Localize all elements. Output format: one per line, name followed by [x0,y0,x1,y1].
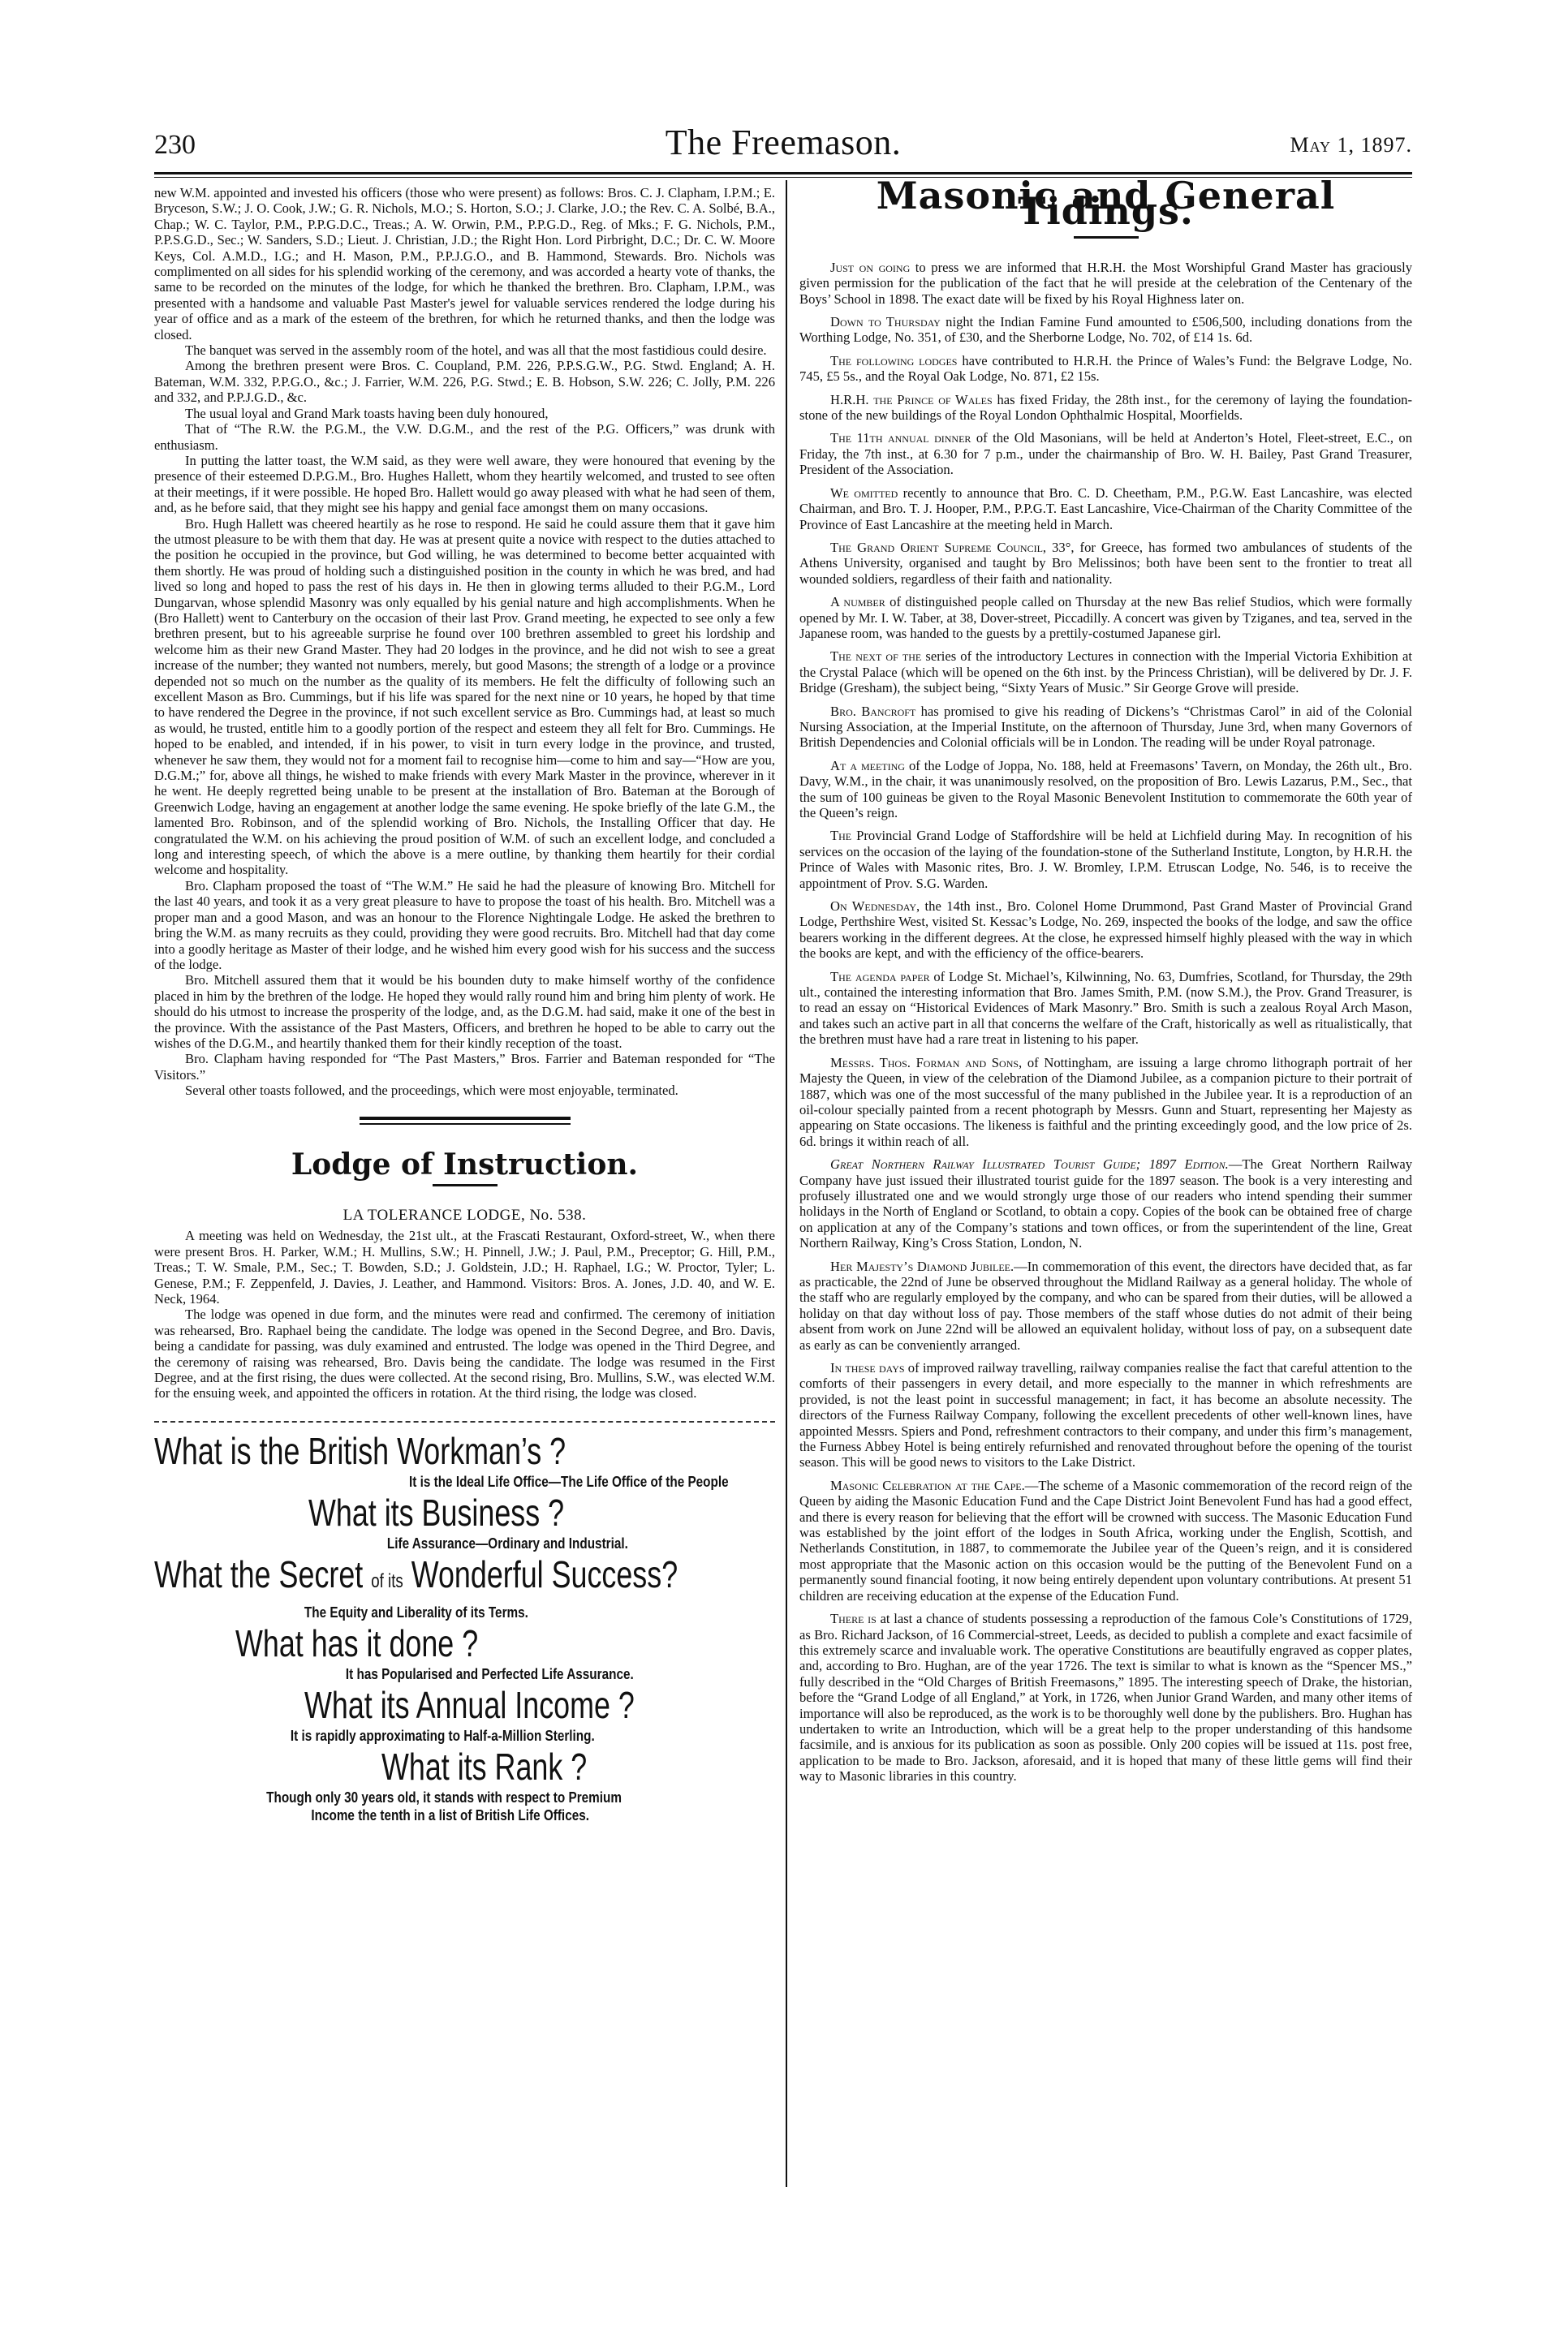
ad-question: What is the British Workman’s ? [154,1429,775,1473]
news-item: At a meeting of the Lodge of Joppa, No. … [799,758,1412,821]
lodge-title: LA TOLERANCE LODGE, No. 538. [154,1208,775,1223]
ad-answer: Though only 30 years old, it stands with… [200,1789,728,1806]
left-column: new W.M. appointed and invested his offi… [154,185,775,1824]
news-item: In these days of improved railway travel… [799,1360,1412,1470]
news-item: The next of the series of the introducto… [799,648,1412,695]
news-item: The Provincial Grand Lodge of Staffordsh… [799,828,1412,891]
news-item: Great Northern Railway Illustrated Touri… [799,1156,1412,1251]
ad-question: What its Annual Income ? [154,1683,775,1727]
report-paragraph: new W.M. appointed and invested his offi… [154,185,775,342]
page: 230 The Freemason. May 1, 1897. [154,122,1412,172]
news-item: Down to Thursday night the Indian Famine… [799,314,1412,346]
ad-answer: It has Popularised and Perfected Life As… [200,1665,728,1683]
section-heading: Lodge of Instruction. [154,1157,775,1173]
news-item: The 11th annual dinner of the Old Masoni… [799,430,1412,477]
lodge-paragraph: A meeting was held on Wednesday, the 21s… [154,1228,775,1307]
news-item: There is at last a chance of students po… [799,1611,1412,1784]
news-item: Messrs. Thos. Forman and Sons, of Nottin… [799,1055,1412,1149]
lodge-report: new W.M. appointed and invested his offi… [154,185,775,1099]
news-item: H.R.H. the Prince of Wales has fixed Fri… [799,392,1412,424]
report-paragraph: The banquet was served in the assembly r… [154,342,775,358]
lodge-of-instruction-section: Lodge of Instruction. LA TOLERANCE LODGE… [154,1157,775,1401]
masthead: 230 The Freemason. May 1, 1897. [154,122,1412,172]
news-item: Bro. Bancroft has promised to give his r… [799,704,1412,751]
report-paragraph: The usual loyal and Grand Mark toasts ha… [154,406,775,421]
news-item: Her Majesty’s Diamond Jubilee.—In commem… [799,1259,1412,1353]
report-paragraph: That of “The R.W. the P.G.M., the V.W. D… [154,421,775,453]
news-item: A number of distinguished people called … [799,594,1412,641]
short-rule [433,1184,498,1186]
report-paragraph: Bro. Clapham having responded for “The P… [154,1051,775,1083]
news-item: We omitted recently to announce that Bro… [799,485,1412,532]
report-paragraph: Several other toasts followed, and the p… [154,1083,775,1098]
ad-answer: It is the Ideal Life Office—The Life Off… [200,1473,728,1491]
report-paragraph: Bro. Mitchell assured them that it would… [154,972,775,1051]
ad-question: What has it done ? [154,1621,775,1665]
lodge-paragraph: The lodge was opened in due form, and th… [154,1307,775,1401]
advertisement-rule [154,1421,775,1423]
short-rule [1074,236,1139,239]
ad-answer: The Equity and Liberality of its Terms. [200,1604,728,1621]
issue-date: May 1, 1897. [1290,133,1412,157]
ad-answer: Life Assurance—Ordinary and Industrial. [200,1535,728,1552]
news-item: The Grand Orient Supreme Council, 33°, f… [799,540,1412,587]
ad-question: What its Rank ? [154,1745,775,1789]
ad-answer: It is rapidly approximating to Half-a-Mi… [200,1727,728,1745]
section-separator [360,1117,571,1125]
news-item: Masonic Celebration at the Cape.—The sch… [799,1478,1412,1604]
news-item: The following lodges have contributed to… [799,353,1412,385]
tidings-heading: Masonic and General Tidings. [799,188,1412,220]
ad-question: What the Secret of its Wonderful Success… [154,1552,775,1604]
report-paragraph: Among the brethren present were Bros. C.… [154,358,775,405]
right-column: Masonic and General Tidings. Just on goi… [799,185,1412,1792]
news-item: The agenda paper of Lodge St. Michael’s,… [799,969,1412,1048]
life-office-advertisement: What is the British Workman’s ? It is th… [154,1429,775,1824]
report-paragraph: Bro. Clapham proposed the toast of “The … [154,878,775,972]
news-item: On Wednesday, the 14th inst., Bro. Colon… [799,898,1412,962]
report-paragraph: Bro. Hugh Hallett was cheered heartily a… [154,516,775,878]
report-paragraph: In putting the latter toast, the W.M sai… [154,453,775,516]
newspaper-title: The Freemason. [154,122,1412,163]
news-item: Just on going to press we are informed t… [799,260,1412,307]
ad-question: What its Business ? [154,1491,775,1535]
ad-answer-continued: Income the tenth in a list of British Li… [200,1806,728,1824]
column-divider [786,180,787,2187]
